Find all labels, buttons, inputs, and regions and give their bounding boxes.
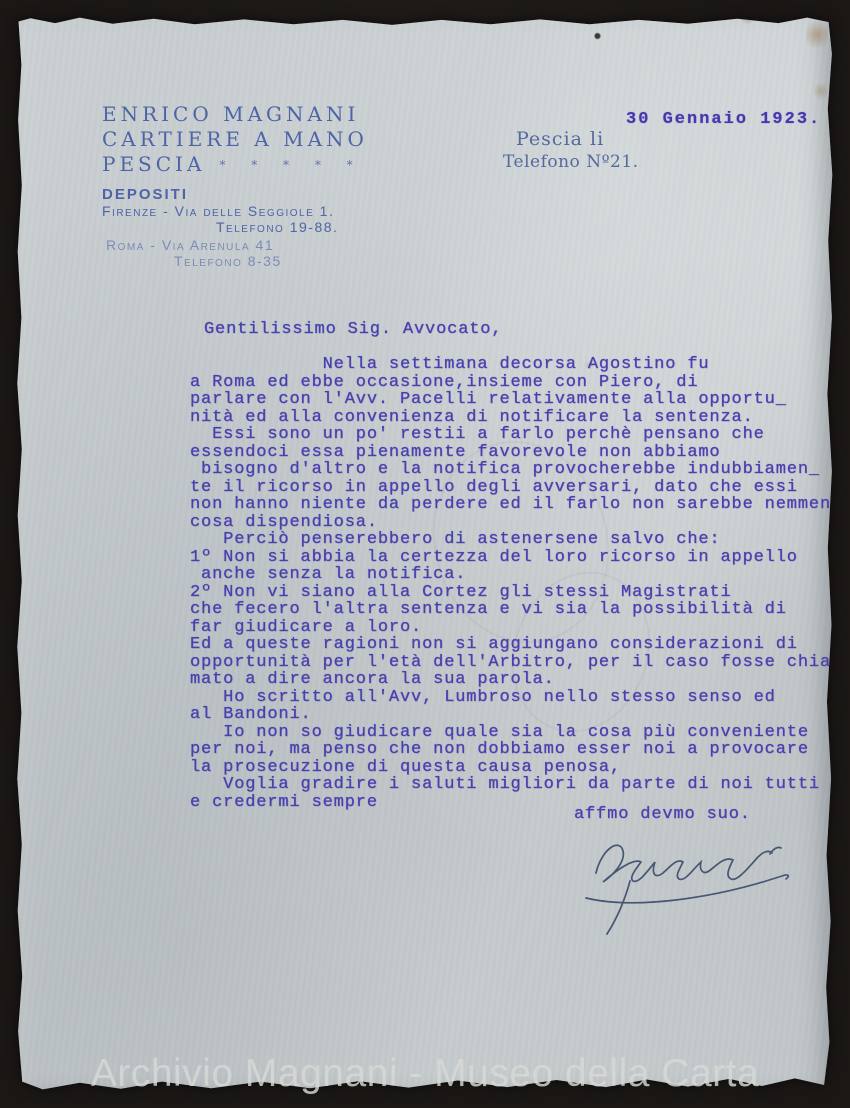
letterhead-deposit-firenze: Firenze - Via delle Seggiole 1. — [102, 203, 368, 219]
letterhead-deposit-roma: Roma - Via Arenula 41 — [106, 237, 368, 253]
letterhead-depositi-label: DEPOSITI — [102, 186, 368, 203]
letterhead-ornaments: * * * * * — [219, 158, 363, 172]
letterhead-name: ENRICO MAGNANI — [102, 102, 368, 127]
letter-body: Nella settimana decorsa Agostino fu a Ro… — [190, 356, 836, 811]
letterhead-city: PESCIA — [102, 152, 205, 177]
foxing-stain — [806, 18, 828, 52]
letter-salutation: Gentilissimo Sig. Avvocato, — [204, 320, 502, 339]
date-stamp: 30 Gennaio 1923. — [626, 110, 821, 129]
letterhead-deposit-firenze-tel: Telefono 19-88. — [216, 219, 368, 235]
paper-sheet-wrapper: ENRICO MAGNANI CARTIERE A MANO PESCIA * … — [0, 0, 850, 1108]
dateline-place: Pescia li — [516, 128, 604, 150]
foxing-stain — [740, 12, 756, 24]
letterhead: ENRICO MAGNANI CARTIERE A MANO PESCIA * … — [102, 102, 368, 269]
letterhead-deposit-roma-tel: Telefono 8-35 — [174, 253, 368, 269]
letterhead-business: CARTIERE A MANO — [102, 127, 368, 152]
ink-speck — [594, 32, 601, 40]
signature: Gregorio Magnani — [574, 818, 814, 948]
dateline-telephone: Telefono Nº21. — [503, 152, 639, 172]
scanned-letter-page: ENRICO MAGNANI CARTIERE A MANO PESCIA * … — [0, 0, 850, 1108]
foxing-stain — [814, 80, 828, 102]
archive-watermark: Archivio Magnani - Museo della Carta — [0, 1052, 850, 1096]
paper-sheet: ENRICO MAGNANI CARTIERE A MANO PESCIA * … — [14, 10, 836, 1108]
